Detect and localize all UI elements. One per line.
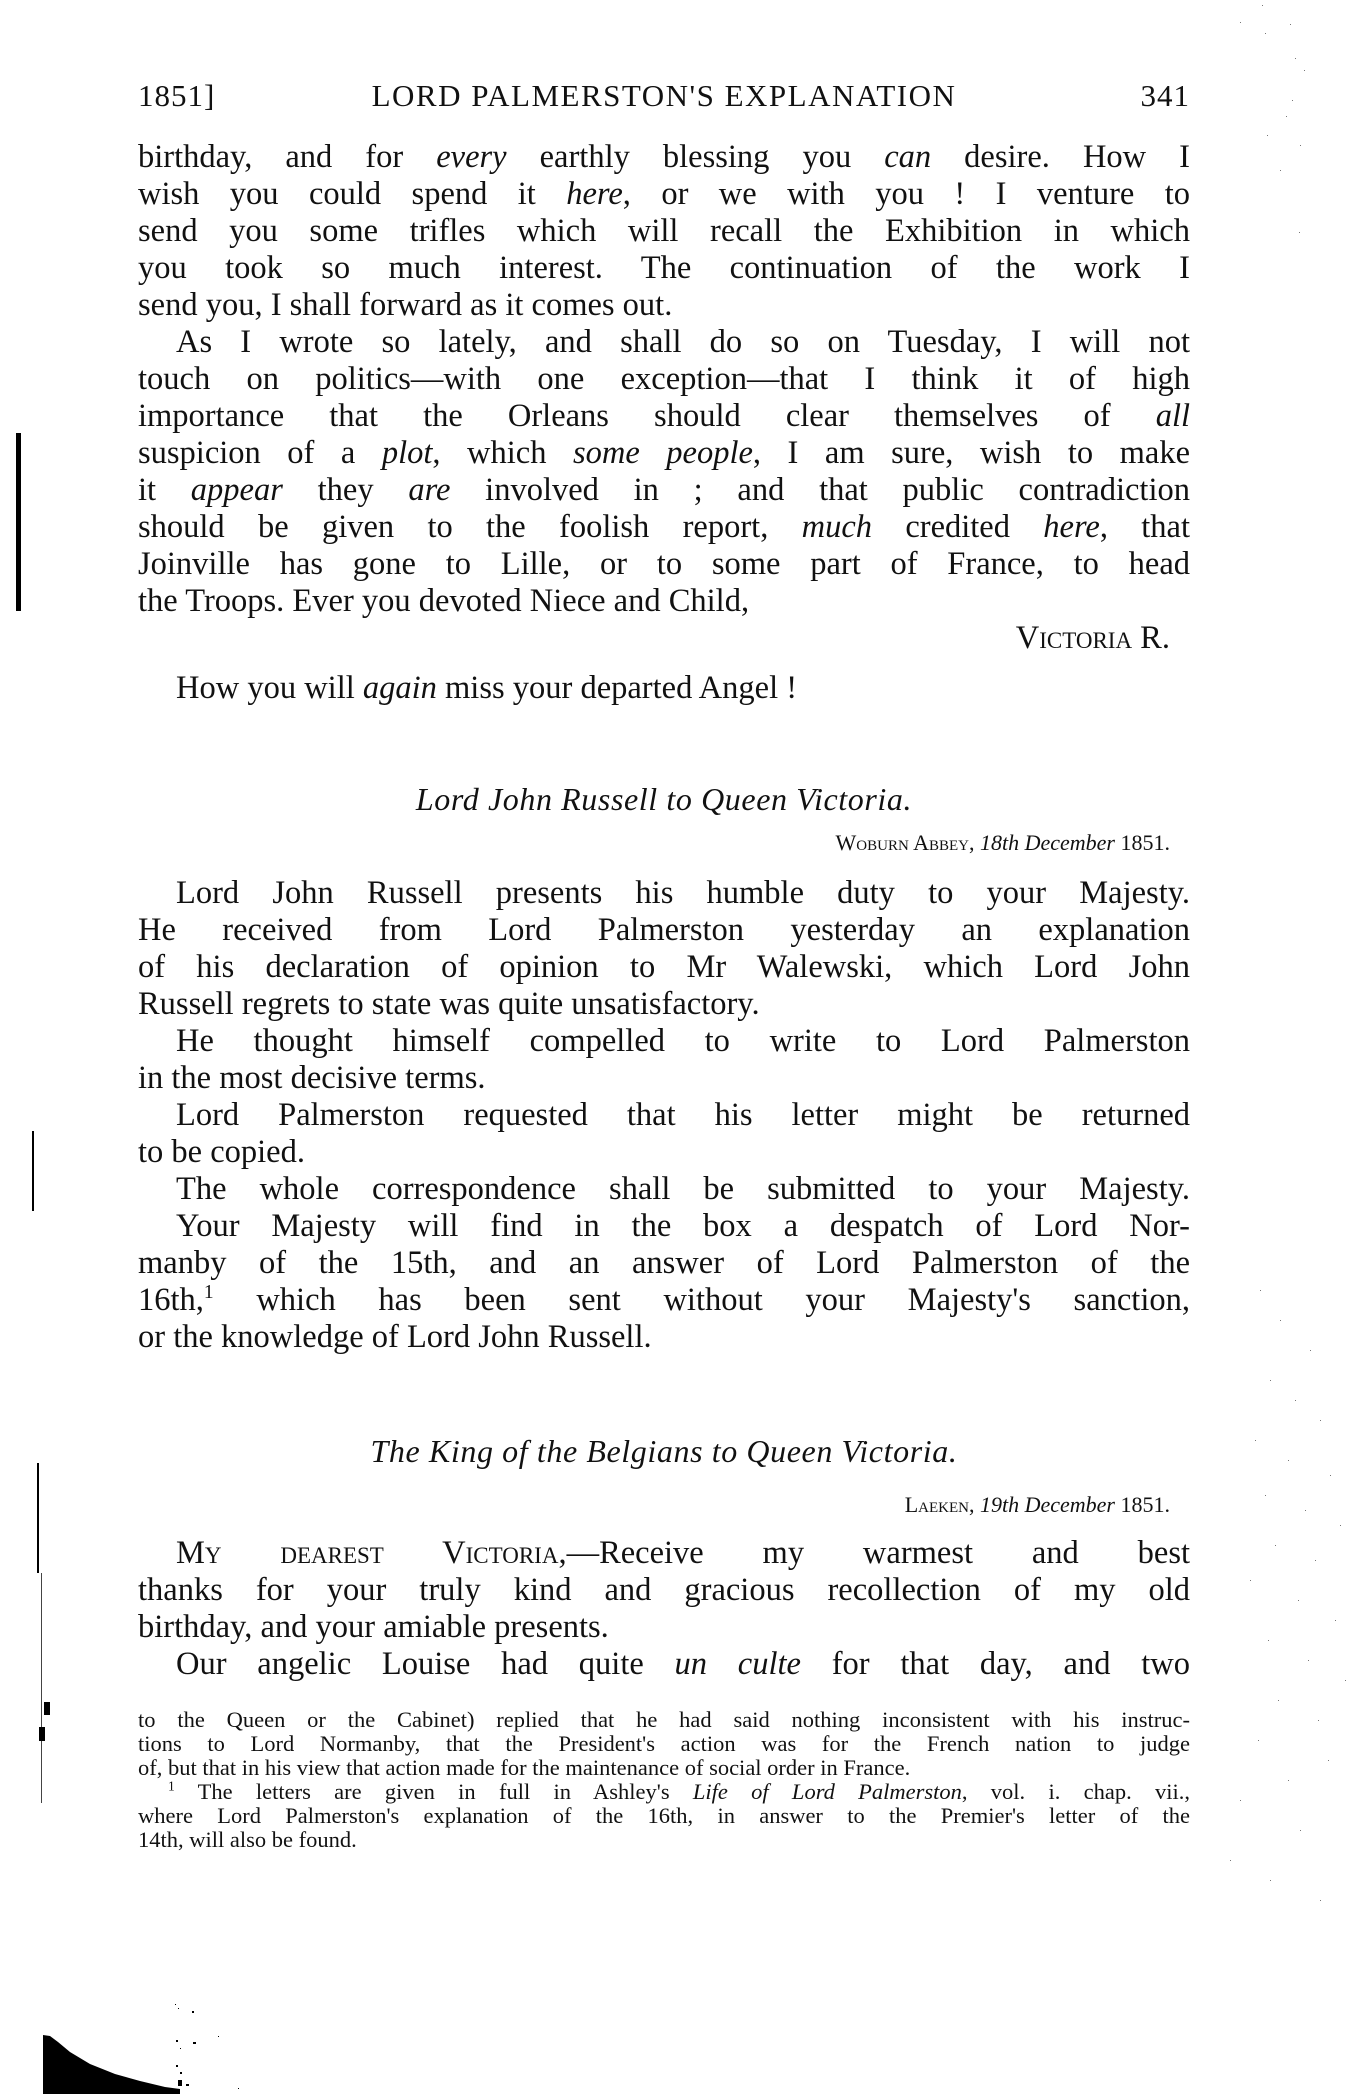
text-line: wish you could spend it here, or we with… (138, 176, 1190, 213)
footnote-line: to the Queen or the Cabinet) replied tha… (138, 1708, 1190, 1732)
text-line: Lord Palmerston requested that his lette… (138, 1097, 1190, 1134)
text-line: Your Majesty will find in the box a desp… (138, 1208, 1190, 1245)
text-line: As I wrote so lately, and shall do so on… (138, 324, 1190, 361)
running-head: 1851] LORD PALMERSTON'S EXPLANATION 341 (138, 78, 1190, 118)
page-number: 341 (1141, 78, 1191, 114)
text-line: to be copied. (138, 1134, 1190, 1171)
text-line: Lord John Russell presents his humble du… (138, 875, 1190, 912)
margin-mark (41, 1573, 42, 1803)
text-line: He thought himself compelled to write to… (138, 1023, 1190, 1060)
text-line: He received from Lord Palmerston yesterd… (138, 912, 1190, 949)
text-line: it appear they are involved in ; and tha… (138, 472, 1190, 509)
text-line: Joinville has gone to Lille, or to some … (138, 546, 1190, 583)
dateline-month: December (1025, 1492, 1115, 1517)
running-head-title: LORD PALMERSTON'S EXPLANATION (138, 78, 1190, 114)
footnote-line: 14th, will also be found. (138, 1828, 1190, 1852)
signature: Victoria R. (138, 620, 1170, 657)
margin-mark (16, 433, 21, 611)
dateline-year: 1851. (1121, 830, 1171, 855)
text-line: the Troops. Ever you devoted Niece and C… (138, 583, 1190, 620)
margin-mark (37, 1463, 39, 1573)
text-line: Our angelic Louise had quite un culte fo… (138, 1646, 1190, 1683)
text-line: you took so much interest. The continuat… (138, 250, 1190, 287)
dateline-place: Laeken (905, 1492, 969, 1517)
footnote-line: 1 The letters are given in full in Ashle… (138, 1780, 1190, 1804)
text-line: birthday, and for every earthly blessing… (138, 139, 1190, 176)
dateline: Woburn Abbey, 18th December 1851. (138, 830, 1170, 856)
dateline: Laeken, 19th December 1851. (138, 1492, 1170, 1518)
text-line: Russell regrets to state was quite unsat… (138, 986, 1190, 1023)
text-line: in the most decisive terms. (138, 1060, 1190, 1097)
postscript: How you will again miss your departed An… (138, 670, 1190, 707)
footnote-line: where Lord Palmerston's explanation of t… (138, 1804, 1190, 1828)
text-line: 16th,1 which has been sent without your … (138, 1282, 1190, 1319)
text-line: birthday, and your amiable presents. (138, 1609, 1190, 1646)
scan-specks (1200, 0, 1358, 2094)
text-line: My dearest Victoria,—Receive my warmest … (138, 1535, 1190, 1572)
page-curl-shadow (0, 1960, 260, 2094)
text-line: importance that the Orleans should clear… (138, 398, 1190, 435)
margin-mark (39, 1727, 45, 1741)
text-line: of his declaration of opinion to Mr Wale… (138, 949, 1190, 986)
text-line: touch on politics—with one exception—tha… (138, 361, 1190, 398)
footnote-line: of, but that in his view that action mad… (138, 1756, 1190, 1780)
dateline-day: 19th (980, 1492, 1019, 1517)
text-line: send you, I shall forward as it comes ou… (138, 287, 1190, 324)
text-line: thanks for your truly kind and gracious … (138, 1572, 1190, 1609)
text-line: The whole correspondence shall be submit… (138, 1171, 1190, 1208)
margin-mark (32, 1131, 34, 1211)
dateline-place: Woburn Abbey (836, 830, 969, 855)
dateline-month: December (1025, 830, 1115, 855)
letter-heading: Lord John Russell to Queen Victoria. (138, 780, 1190, 818)
text-line: should be given to the foolish report, m… (138, 509, 1190, 546)
text-line: send you some trifles which will recall … (138, 213, 1190, 250)
text-line: or the knowledge of Lord John Russell. (138, 1319, 1190, 1356)
text-line: manby of the 15th, and an answer of Lord… (138, 1245, 1190, 1282)
dateline-day: 18th (980, 830, 1019, 855)
letter-heading: The King of the Belgians to Queen Victor… (138, 1432, 1190, 1470)
footnote-line: tions to Lord Normanby, that the Preside… (138, 1732, 1190, 1756)
margin-mark (44, 1702, 50, 1715)
text-line: suspicion of a plot, which some people, … (138, 435, 1190, 472)
dateline-year: 1851. (1121, 1492, 1171, 1517)
